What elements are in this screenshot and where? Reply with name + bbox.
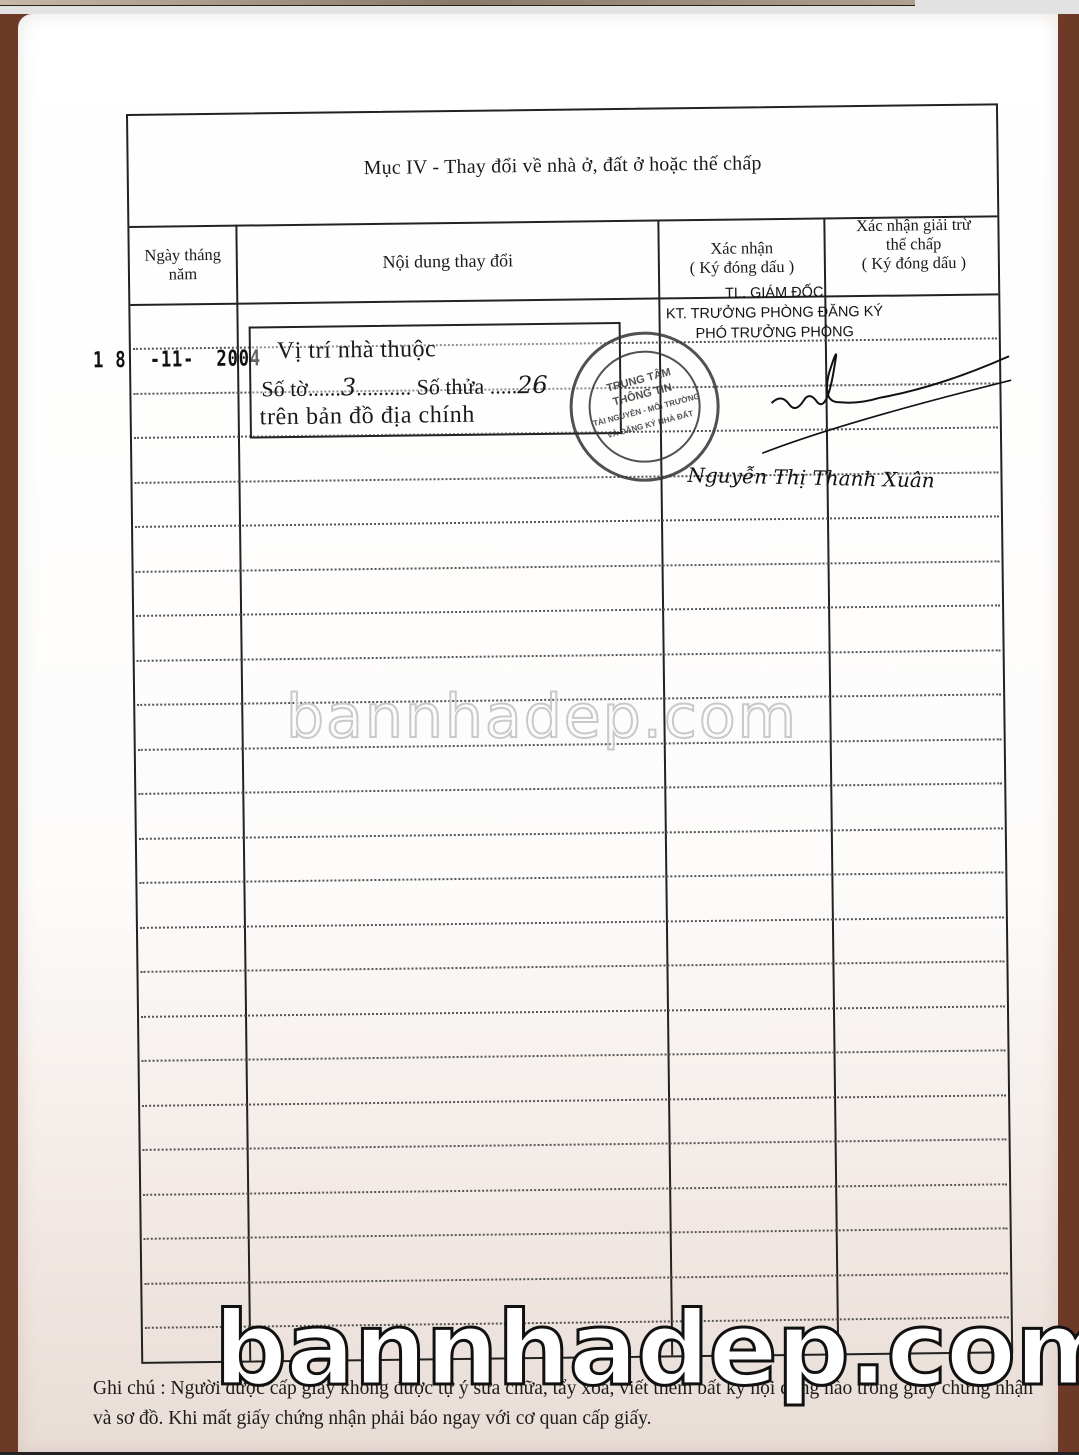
ruled-line: [142, 1049, 1006, 1062]
sheet-label: Số tờ......: [261, 375, 341, 401]
ruled-line: [143, 1138, 1007, 1151]
entry-date: 1 8-11- 2004: [93, 346, 261, 373]
ruled-line: [139, 871, 1003, 884]
header-release-line1: Xác nhận giải trừ: [856, 214, 971, 234]
parcel-number: 26: [517, 371, 548, 399]
ruled-line: [140, 916, 1004, 929]
header-date-line1: Ngày tháng: [144, 245, 221, 265]
ruled-line: [143, 1183, 1007, 1196]
ruled-line: [137, 649, 1001, 662]
header-date: Ngày tháng năm: [129, 225, 236, 304]
ruled-line: [140, 960, 1004, 973]
document-page: Mục IV - Thay đổi về nhà ở, đất ở hoặc t…: [18, 14, 1058, 1455]
confirmation-line: KT. TRƯỞNG PHÒNG ĐĂNG KÝ: [664, 302, 884, 325]
ruled-line: [139, 827, 1003, 840]
header-release-line2: thế chấp: [886, 234, 942, 254]
watermark-bottom: bannhadep.com: [214, 1290, 1079, 1409]
change-content-stamp: Vị trí nhà thuộc Số tờ......3.......... …: [249, 322, 622, 439]
header-content: Nội dung thay đổi: [237, 220, 658, 303]
signer-name: Nguyễn Thị Thanh Xuân: [687, 463, 935, 493]
entry-date-month: -11-: [150, 347, 195, 373]
ruled-line: [144, 1227, 1008, 1240]
parcel-label: .......... Số thửa .....: [356, 373, 517, 400]
ruled-line: [136, 560, 1000, 573]
header-release: Xác nhận giải trừ thế chấp ( Ký đóng dấu…: [825, 203, 1002, 283]
header-release-line3: ( Ký đóng dấu ): [862, 252, 967, 272]
photo-top-strip: [0, 0, 1079, 14]
ruled-line: [144, 1272, 1008, 1285]
header-confirm-line1: Xác nhận: [710, 238, 773, 258]
content-line-1: Vị trí nhà thuộc: [277, 336, 437, 365]
header-date-line2: năm: [169, 264, 198, 283]
photo-edge: [0, 0, 915, 6]
entry-date-day: 1 8: [93, 348, 127, 373]
signature-icon: [651, 320, 1013, 464]
header-confirm-line2: ( Ký đóng dấu ): [690, 257, 795, 277]
watermark-center: bannhadep.com: [286, 682, 798, 752]
ruled-line: [141, 1005, 1005, 1018]
ruled-line: [135, 515, 999, 528]
content-line-3: trên bản đồ địa chính: [260, 402, 476, 432]
ruled-line: [138, 782, 1002, 795]
sheet-number: 3: [341, 373, 357, 401]
content-line-2: Số tờ......3.......... Số thửa .....26: [261, 371, 548, 402]
header-content-label: Nội dung thay đổi: [382, 251, 513, 272]
confirmation-line: TL. GIÁM ĐỐC: [664, 282, 884, 305]
ruled-line: [136, 604, 1000, 617]
ruled-line: [142, 1094, 1006, 1107]
